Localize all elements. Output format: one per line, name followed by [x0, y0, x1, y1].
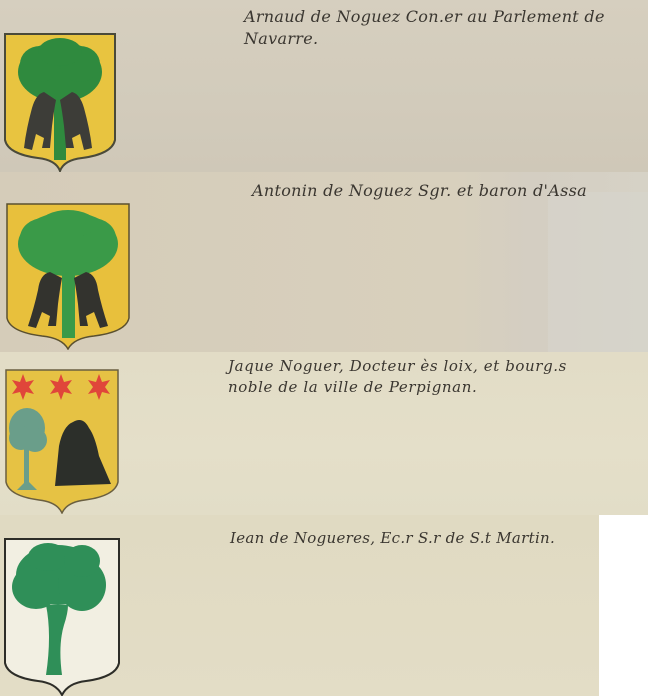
entry-caption: Arnaud de Noguez Con.er au Parlement de …: [244, 6, 605, 50]
coat-of-arms-stars-tree-rock-icon: [3, 366, 121, 514]
armorial-entry-arnaud: Arnaud de Noguez Con.er au Parlement de …: [0, 0, 648, 172]
armorial-entry-jean: Iean de Nogueres, Ec.r S.r de S.t Martin…: [0, 515, 599, 696]
faded-panel: [548, 192, 648, 352]
entry-caption: Jaque Noguer, Docteur ès loix, et bourg.…: [228, 356, 567, 398]
entry-caption: Iean de Nogueres, Ec.r S.r de S.t Martin…: [230, 527, 555, 549]
coat-of-arms-tree-argent-icon: [2, 535, 122, 696]
entry-caption: Antonin de Noguez Sgr. et baron d'Assa: [252, 180, 587, 202]
coat-of-arms-tree-bears-icon: [2, 30, 118, 172]
armorial-entry-antonin: Antonin de Noguez Sgr. et baron d'Assa: [0, 172, 648, 352]
coat-of-arms-tree-bears-icon: [4, 200, 132, 350]
armorial-entry-jaque: Jaque Noguer, Docteur ès loix, et bourg.…: [0, 352, 648, 515]
